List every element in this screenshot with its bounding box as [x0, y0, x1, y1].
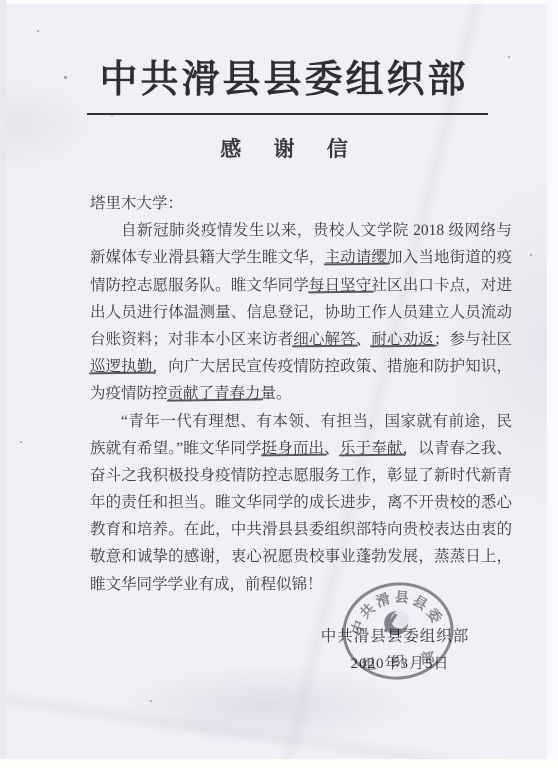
text-segment: 敬意和诚挚的感谢，衷心祝愿贵校事业蓬勃发展，蒸蒸日上，	[90, 548, 512, 565]
body-line: 自新冠肺炎疫情发生以来，贵校人文学院 2018 级网络与	[90, 217, 512, 244]
text-segment: 睢文华同学学业有成，前程似锦！	[90, 576, 323, 593]
text-segment: 教育和培养。在此，中共滑县县委组织部特向贵校表达由衷的	[90, 521, 512, 538]
underlined-phrase: 主动请缨	[325, 249, 388, 266]
official-seal: 中共滑县县委 组 织 部 · · · · · · · · · · · · ·	[340, 579, 456, 683]
scan-edge-right	[547, 0, 558, 768]
letter-title: 感 谢 信	[14, 133, 554, 163]
scan-speck	[530, 254, 532, 256]
body-line: 族就有希望。”睢文华同学挺身而出、乐于奉献，以青春之我、	[90, 435, 512, 462]
text-segment: ；参与社区	[434, 331, 512, 348]
text-segment: 量。	[261, 385, 292, 402]
scan-speck	[150, 700, 152, 702]
text-segment: 加入当地街道的疫	[387, 249, 512, 266]
scan-edge-bottom	[0, 759, 558, 768]
hammer-sickle-emblem	[382, 610, 411, 637]
scanned-letter-page: 中共滑县县委组织部 感 谢 信 塔里木大学：自新冠肺炎疫情发生以来，贵校人文学院…	[0, 0, 558, 768]
text-segment: “青年一代有理想、有本领、有担当，国家就有前途，民	[121, 413, 512, 430]
body-line: 塔里木大学：	[90, 190, 512, 217]
body-line: 巡逻执勤，向广大居民宣传疫情防控政策、措施和防护知识，	[90, 353, 512, 380]
letterhead-divider	[87, 113, 488, 115]
scan-speck	[37, 30, 39, 32]
body-line: “青年一代有理想、有本领、有担当，国家就有前途，民	[90, 408, 512, 435]
scan-edge-left	[0, 0, 6, 768]
text-segment: 出人员进行体温测量、信息登记，协助工作人员建立人员流动	[90, 304, 512, 321]
body-line: 新媒体专业滑县籍大学生睢文华，主动请缨加入当地街道的疫	[90, 244, 512, 271]
underlined-phrase: 耐心劝返	[371, 331, 434, 348]
scan-speck	[20, 441, 22, 443]
body-line: 情防控志愿服务队。睢文华同学每日坚守社区出口卡点，对进	[90, 272, 512, 299]
body-line: 出人员进行体温测量、信息登记，协助工作人员建立人员流动	[90, 299, 512, 326]
body-line: 教育和培养。在此，中共滑县县委组织部特向贵校表达由衷的	[90, 516, 512, 543]
text-segment: 族就有希望。”睢文华同学	[90, 440, 262, 457]
text-segment: ，以青春之我、	[403, 440, 512, 457]
text-segment: 新媒体专业滑县籍大学生睢文华，	[90, 249, 325, 266]
underlined-phrase: 贡献了青春力	[168, 385, 261, 402]
body-line: 年的责任和担当。睢文华同学的成长进步，离不开贵校的悉心	[90, 489, 512, 516]
letterhead-org-title: 中共滑县县委组织部	[14, 56, 554, 104]
underlined-phrase: 挺身而出	[262, 440, 325, 457]
body-text: 塔里木大学：自新冠肺炎疫情发生以来，贵校人文学院 2018 级网络与新媒体专业滑…	[90, 190, 512, 598]
text-segment: 为疫情防控	[90, 385, 168, 402]
underlined-phrase: 每日坚守	[309, 277, 372, 294]
text-segment: 奋斗之我积极投身疫情防控志愿服务工作，彰显了新时代新青	[90, 467, 512, 484]
text-segment: 情防控志愿服务队。睢文华同学	[90, 277, 309, 294]
underlined-phrase: 细心解答	[293, 331, 356, 348]
text-segment: ，向广大居民宣传疫情防控政策、措施和防护知识，	[153, 358, 512, 375]
text-segment: 年的责任和担当。睢文华同学的成长进步，离不开贵校的悉心	[90, 494, 512, 511]
text-segment: 社区出口卡点，对进	[371, 277, 512, 294]
body-line: 奋斗之我积极投身疫情防控志愿服务工作，彰显了新时代新青	[90, 462, 512, 489]
text-segment: 自新冠肺炎疫情发生以来，贵校人文学院 2018 级网络与	[121, 222, 512, 239]
text-segment: 台账资料；对非本小区来访者	[90, 331, 293, 348]
body-line: 为疫情防控贡献了青春力量。	[90, 380, 512, 407]
underlined-phrase: 巡逻执勤	[90, 358, 153, 375]
text-segment: 塔里木大学：	[90, 195, 183, 212]
body-line: 敬意和诚挚的感谢，衷心祝愿贵校事业蓬勃发展，蒸蒸日上，	[90, 543, 512, 570]
body-line: 台账资料；对非本小区来访者细心解答、耐心劝返；参与社区	[90, 326, 512, 353]
scan-edge-top	[0, 0, 558, 4]
underlined-phrase: 乐于奉献	[340, 440, 403, 457]
